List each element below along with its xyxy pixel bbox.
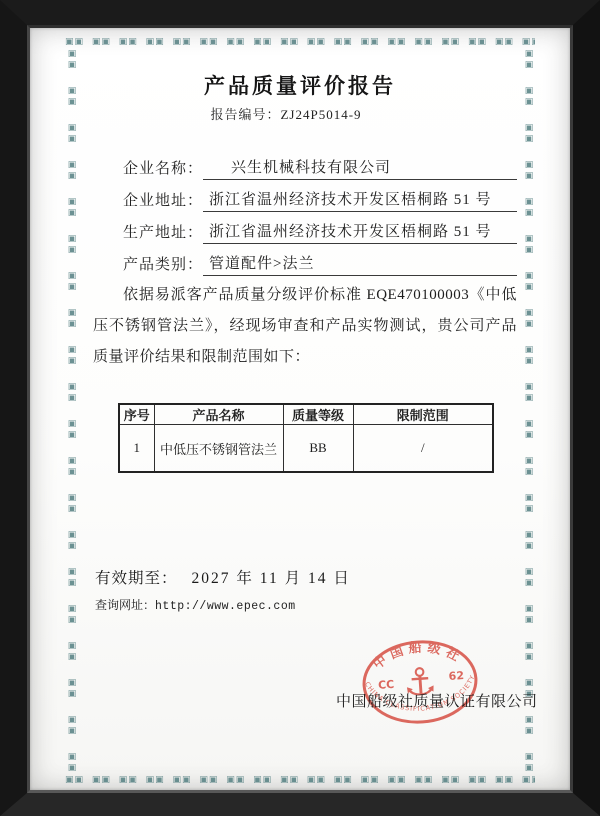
field-company-name: 企业名称： 兴生机械科技有限公司 [123, 148, 517, 180]
field-production-address: 生产地址： 浙江省温州经济技术开发区梧桐路 51 号 [123, 212, 517, 244]
info-fields: 企业名称： 兴生机械科技有限公司 企业地址： 浙江省温州经济技术开发区梧桐路 5… [123, 148, 517, 276]
report-number-value: ZJ24P5014-9 [280, 107, 361, 122]
report-number-line: 报告编号：ZJ24P5014-9 [30, 104, 542, 123]
evaluation-paragraph: 依据易派客产品质量分级评价标准 EQE470100003《中低压不锈钢管法兰》，… [93, 280, 517, 373]
query-line: 查询网址：http://www.epec.com [95, 596, 296, 613]
validity-line: 有效期至：2027 年 11 月 14 日 [95, 566, 351, 588]
cell-product: 中低压不锈钢管法兰 [154, 425, 283, 473]
cell-scope: / [353, 425, 493, 473]
col-header-grade: 质量等级 [283, 404, 353, 425]
field-product-category: 产品类别： 管道配件>法兰 [123, 244, 517, 276]
framed-certificate: ▣▣ ▣▣ ▣▣ ▣▣ ▣▣ ▣▣ ▣▣ ▣▣ ▣▣ ▣▣ ▣▣ ▣▣ ▣▣ ▣… [0, 0, 600, 816]
field-company-address: 企业地址： 浙江省温州经济技术开发区梧桐路 51 号 [123, 180, 517, 212]
query-url-link[interactable]: http://www.epec.com [155, 600, 296, 613]
border-ornament-right: ▣▣ ▣▣ ▣▣ ▣▣ ▣▣ ▣▣ ▣▣ ▣▣ ▣▣ ▣▣ ▣▣ ▣▣ ▣▣ ▣… [522, 49, 535, 774]
field-label: 企业名称： [123, 157, 203, 180]
field-value: 浙江省温州经济技术开发区梧桐路 51 号 [203, 220, 517, 244]
col-header-index: 序号 [119, 404, 154, 425]
validity-value: 2027 年 11 月 14 日 [192, 570, 351, 587]
field-label: 产品类别： [123, 253, 203, 276]
stamp-right-code: 62 [448, 669, 464, 683]
border-ornament-top: ▣▣ ▣▣ ▣▣ ▣▣ ▣▣ ▣▣ ▣▣ ▣▣ ▣▣ ▣▣ ▣▣ ▣▣ ▣▣ ▣… [65, 36, 535, 49]
query-label: 查询网址： [95, 598, 155, 612]
evaluation-table: 序号 产品名称 质量等级 限制范围 1 中低压不锈钢管法兰 BB / [118, 403, 494, 473]
border-ornament-left: ▣▣ ▣▣ ▣▣ ▣▣ ▣▣ ▣▣ ▣▣ ▣▣ ▣▣ ▣▣ ▣▣ ▣▣ ▣▣ ▣… [65, 49, 78, 774]
field-label: 企业地址： [123, 189, 203, 212]
certificate-paper: ▣▣ ▣▣ ▣▣ ▣▣ ▣▣ ▣▣ ▣▣ ▣▣ ▣▣ ▣▣ ▣▣ ▣▣ ▣▣ ▣… [30, 28, 570, 790]
field-value: 浙江省温州经济技术开发区梧桐路 51 号 [203, 188, 517, 212]
table-header-row: 序号 产品名称 质量等级 限制范围 [119, 404, 493, 425]
report-number-label: 报告编号： [210, 107, 280, 122]
table-row: 1 中低压不锈钢管法兰 BB / [119, 425, 493, 473]
field-value: 管道配件>法兰 [203, 252, 517, 276]
border-ornament-bottom: ▣▣ ▣▣ ▣▣ ▣▣ ▣▣ ▣▣ ▣▣ ▣▣ ▣▣ ▣▣ ▣▣ ▣▣ ▣▣ ▣… [65, 774, 535, 787]
field-label: 生产地址： [123, 221, 203, 244]
col-header-product: 产品名称 [154, 404, 283, 425]
cell-index: 1 [119, 425, 154, 473]
col-header-scope: 限制范围 [353, 404, 493, 425]
field-value: 兴生机械科技有限公司 [203, 156, 517, 180]
issuer-name: 中国船级社质量认证有限公司 [336, 690, 538, 711]
validity-label: 有效期至： [95, 570, 178, 587]
page-title: 产品质量评价报告 [30, 70, 570, 100]
ccs-stamp: 中国船级社 CHINA CLASSIFICATION SOCIETY CC 62… [341, 621, 498, 743]
cell-grade: BB [283, 425, 353, 473]
